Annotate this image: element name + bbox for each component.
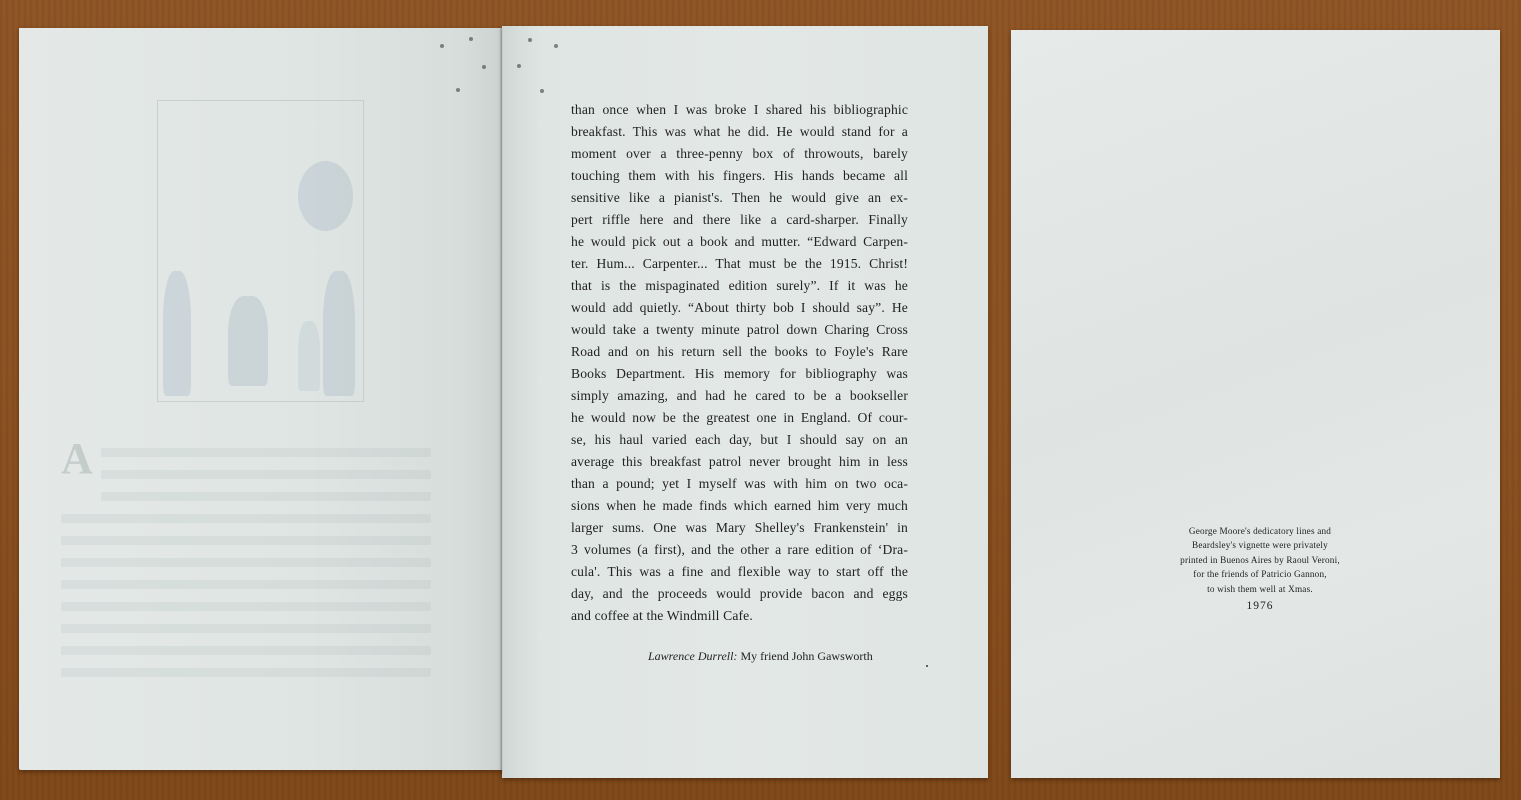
text-line: Books Department. His memory for bibliog… [571, 363, 908, 385]
text-line: than a pound; yet I myself was with him … [571, 473, 908, 495]
colophon-line: George Moore's dedicatory lines and [1150, 524, 1370, 538]
text-line: se, his haul varied each day, but I shou… [571, 429, 908, 451]
text-line: cula'. This was a fine and flexible way … [571, 561, 908, 583]
show-through-figure [228, 296, 268, 386]
text-line: he would now be the greatest one in Engl… [571, 407, 908, 429]
show-through-illustration-frame [157, 100, 364, 402]
text-line: would take a twenty minute patrol down C… [571, 319, 908, 341]
colophon-year: 1976 [1150, 599, 1370, 613]
attribution-author: Lawrence Durrell: [648, 649, 737, 663]
text-line: average this breakfast patrol never brou… [571, 451, 908, 473]
text-line: touching them with his fingers. His hand… [571, 165, 908, 187]
leaflet-left-page: A [19, 28, 502, 770]
staple-hole-icon [517, 64, 521, 68]
text-line: that is the mispaginated edition surely”… [571, 275, 908, 297]
colophon-line: printed in Buenos Aires by Raoul Veroni, [1150, 553, 1370, 567]
text-line: would add quietly. “About thirty bob I s… [571, 297, 908, 319]
staple-hole-icon [469, 37, 473, 41]
text-line: moment over a three-penny box of throwou… [571, 143, 908, 165]
staple-hole-icon [540, 89, 544, 93]
staple-hole-icon [482, 65, 486, 69]
attribution: Lawrence Durrell: My friend John Gawswor… [648, 649, 873, 664]
text-line: ter. Hum... Carpenter... That must be th… [571, 253, 908, 275]
colophon: George Moore's dedicatory lines and Bear… [1150, 524, 1370, 613]
staple-hole-icon [528, 38, 532, 42]
show-through-figure [298, 161, 353, 231]
show-through-figure [298, 321, 320, 391]
text-line: and coffee at the Windmill Cafe. [571, 605, 908, 627]
colophon-line: for the friends of Patricio Gannon, [1150, 567, 1370, 581]
show-through-text [61, 448, 501, 690]
show-through-figure [323, 271, 355, 396]
text-line: day, and the proceeds would provide baco… [571, 583, 908, 605]
text-line: than once when I was broke I shared his … [571, 99, 908, 121]
attribution-title: My friend John Gawsworth [740, 649, 872, 663]
center-fold [500, 28, 503, 774]
text-line: simply amazing, and had he cared to be a… [571, 385, 908, 407]
colophon-line: Beardsley's vignette were privately [1150, 538, 1370, 552]
text-line: pert riffle here and there like a card-s… [571, 209, 908, 231]
text-line: larger sums. One was Mary Shelley's Fran… [571, 517, 908, 539]
text-line: sions when he made finds which earned hi… [571, 495, 908, 517]
text-line: 3 volumes (a first), and the other a rar… [571, 539, 908, 561]
staple-hole-icon [440, 44, 444, 48]
staple-hole-icon [456, 88, 460, 92]
text-line: Road and on his return sell the books to… [571, 341, 908, 363]
ink-speck [926, 665, 928, 667]
colophon-line: to wish them well at Xmas. [1150, 582, 1370, 596]
text-line: he would pick out a book and mutter. “Ed… [571, 231, 908, 253]
text-line: sensitive like a pianist's. Then he woul… [571, 187, 908, 209]
show-through-figure [163, 271, 191, 396]
colophon-sheet [1011, 30, 1500, 778]
essay-excerpt: than once when I was broke I shared his … [571, 99, 908, 627]
text-line: breakfast. This was what he did. He woul… [571, 121, 908, 143]
staple-hole-icon [554, 44, 558, 48]
